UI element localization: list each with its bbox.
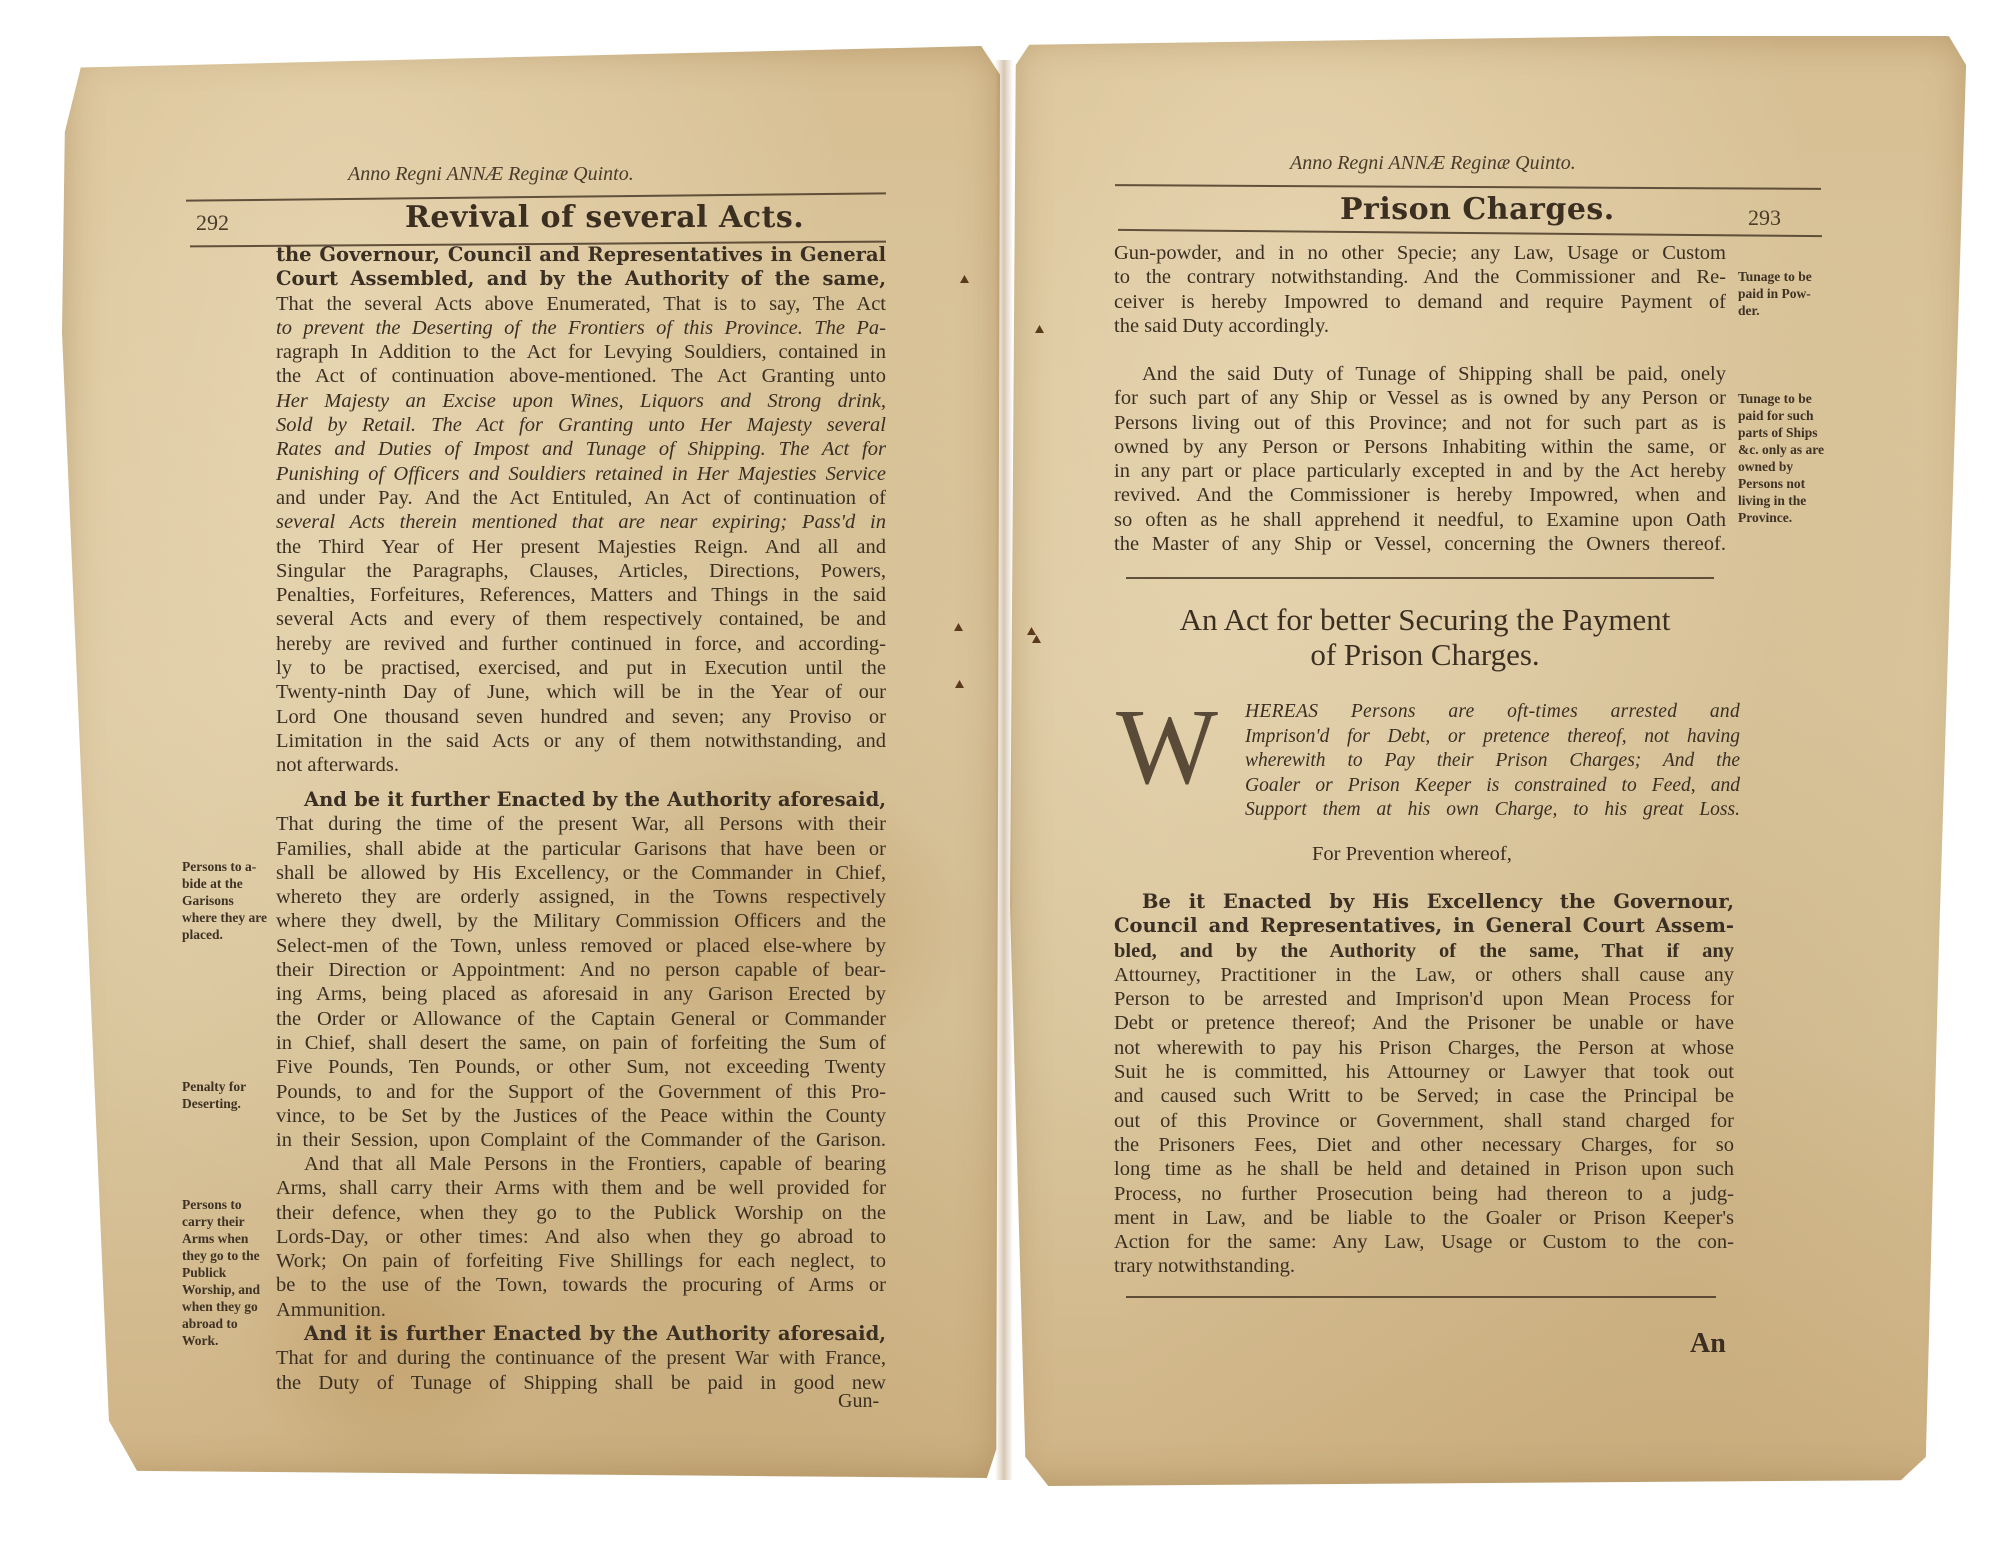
preamble: HEREAS Persons are oft-times arrested an… bbox=[1245, 700, 1740, 823]
text-line: shall be allowed by His Excellency, or t… bbox=[276, 861, 886, 885]
text-line: the Order or Allowance of the Captain Ge… bbox=[276, 1007, 886, 1031]
text-line: the Master of any Ship or Vessel, concer… bbox=[1114, 532, 1726, 556]
text-line: And that all Male Persons in the Frontie… bbox=[276, 1152, 886, 1176]
catchword-left: Gun- bbox=[838, 1390, 879, 1413]
text-line: ly to be practised, exercised, and put i… bbox=[276, 656, 886, 680]
text-line: Lords-Day, or other times: And also when… bbox=[276, 1225, 886, 1249]
prevention-line: For Prevention whereof, bbox=[1312, 842, 1512, 866]
text-line: where they dwell, by the Military Commis… bbox=[276, 909, 886, 933]
text-line: Support them at his own Charge, to his g… bbox=[1245, 798, 1740, 823]
enacting-section: Be it Enacted by His Excellency the Gove… bbox=[1114, 890, 1734, 1279]
text-line: not afterwards. bbox=[276, 753, 886, 777]
section-divider bbox=[1126, 577, 1714, 579]
right-para-2: And the said Duty of Tunage of Shipping … bbox=[1114, 362, 1726, 556]
drop-cap: W bbox=[1116, 698, 1218, 798]
text-line: Action for the same: Any Law, Usage or C… bbox=[1114, 1230, 1734, 1254]
text-line: Her Majesty an Excise upon Wines, Liquor… bbox=[276, 389, 886, 413]
text-line: ment in Law, and be liable to the Goaler… bbox=[1114, 1206, 1734, 1230]
text-line: whereto they are orderly assigned, in th… bbox=[276, 885, 886, 909]
text-line: owned by any Person or Persons Inhabitin… bbox=[1114, 435, 1726, 459]
page-number-right: 293 bbox=[1748, 205, 1781, 231]
text-line: and caused such Writt to be Served; in c… bbox=[1114, 1084, 1734, 1108]
left-section-4: And it is further Enacted by the Authori… bbox=[276, 1322, 886, 1395]
text-line: Persons living out of this Province; and… bbox=[1114, 411, 1726, 435]
text-line: the Act of continuation above-mentioned.… bbox=[276, 364, 886, 388]
text-line: Debt or pretence thereof; And the Prison… bbox=[1114, 1011, 1734, 1035]
text-line: Goaler or Prison Keeper is constrained t… bbox=[1245, 774, 1740, 799]
text-line: Suit he is committed, his Attourney or L… bbox=[1114, 1060, 1734, 1084]
text-line: Lord One thousand seven hundred and seve… bbox=[276, 705, 886, 729]
text-line: so often as he shall apprehend it needfu… bbox=[1114, 508, 1726, 532]
text-line: Gun-powder, and in no other Specie; any … bbox=[1114, 241, 1726, 265]
text-line: trary notwithstanding. bbox=[1114, 1254, 1734, 1278]
text-line: long time as he shall be held and detain… bbox=[1114, 1157, 1734, 1181]
text-line: Penalties, Forfeitures, References, Matt… bbox=[276, 583, 886, 607]
text-line: hereby are revived and further continued… bbox=[276, 632, 886, 656]
catchword-right: An bbox=[1690, 1328, 1726, 1360]
text-line: the Governour, Council and Representativ… bbox=[276, 243, 886, 267]
text-line: in their Session, upon Complaint of the … bbox=[276, 1128, 886, 1152]
margin-note: Persons to carry their Arms when they go… bbox=[182, 1196, 276, 1349]
act-title-line-2: of Prison Charges. bbox=[1110, 637, 1740, 672]
text-line: several Acts therein mentioned that are … bbox=[276, 510, 886, 534]
section-divider bbox=[1126, 1296, 1716, 1298]
text-line: wherewith to Pay their Prison Charges; A… bbox=[1245, 749, 1740, 774]
margin-note: Tunage to be paid in Pow- der. bbox=[1738, 268, 1828, 319]
text-line: Families, shall abide at the particular … bbox=[276, 837, 886, 861]
enacting-clause: Council and Representatives, in General … bbox=[1114, 914, 1734, 938]
text-line: not wherewith to pay his Prison Charges,… bbox=[1114, 1036, 1734, 1060]
margin-note: Persons to a- bide at the Garisons where… bbox=[182, 858, 272, 943]
text-line: revived. And the Commissioner is hereby … bbox=[1114, 483, 1726, 507]
margin-note: Penalty for Deserting. bbox=[182, 1078, 272, 1112]
text-line: Attourney, Practitioner in the Law, or o… bbox=[1114, 963, 1734, 987]
act-title: An Act for better Securing the Payment o… bbox=[1110, 602, 1740, 672]
text-line: the Duty of Tunage of Shipping shall be … bbox=[276, 1371, 886, 1395]
text-line: That during the time of the present War,… bbox=[276, 812, 886, 836]
text-line: Select-men of the Town, unless removed o… bbox=[276, 934, 886, 958]
page-number-left: 292 bbox=[196, 210, 229, 236]
text-line: several Acts and every of them respectiv… bbox=[276, 607, 886, 631]
text-line: the said Duty accordingly. bbox=[1114, 314, 1726, 338]
left-section-1: the Governour, Council and Representativ… bbox=[276, 243, 886, 778]
enacting-clause: Be it Enacted by His Excellency the Gove… bbox=[1114, 890, 1734, 914]
left-section-3: And that all Male Persons in the Frontie… bbox=[276, 1152, 886, 1322]
text-line: Punishing of Officers and Souldiers reta… bbox=[276, 462, 886, 486]
running-head-right: Anno Regni ANNÆ Reginæ Quinto. bbox=[1290, 152, 1576, 175]
text-line: for such part of any Ship or Vessel as i… bbox=[1114, 386, 1726, 410]
text-line: ragraph In Addition to the Act for Levyi… bbox=[276, 340, 886, 364]
text-line: Process, no further Prosecution being ha… bbox=[1114, 1182, 1734, 1206]
text-line: ing Arms, being placed as aforesaid in a… bbox=[276, 982, 886, 1006]
text-line: bled, and by the Authority of the same, … bbox=[1114, 939, 1734, 963]
left-section-2: And be it further Enacted by the Authori… bbox=[276, 788, 886, 1152]
text-line: in any part or place particularly except… bbox=[1114, 459, 1726, 483]
text-line: Person to be arrested and Imprison'd upo… bbox=[1114, 987, 1734, 1011]
text-line: Imprison'd for Debt, or pretence thereof… bbox=[1245, 725, 1740, 750]
text-line: And the said Duty of Tunage of Shipping … bbox=[1114, 362, 1726, 386]
text-line: Rates and Duties of Impost and Tunage of… bbox=[276, 437, 886, 461]
text-line: Arms, shall carry their Arms with them a… bbox=[276, 1176, 886, 1200]
text-line: vince, to be Set by the Justices of the … bbox=[276, 1104, 886, 1128]
text-line: their defence, when they go to the Publi… bbox=[276, 1201, 886, 1225]
text-line: Singular the Paragraphs, Clauses, Articl… bbox=[276, 559, 886, 583]
text-line: Twenty-ninth Day of June, which will be … bbox=[276, 680, 886, 704]
text-line: Court Assembled, and by the Authority of… bbox=[276, 267, 886, 291]
book-gutter bbox=[995, 60, 1013, 1480]
page-title-left: Revival of several Acts. bbox=[405, 200, 804, 235]
text-line: in Chief, shall desert the same, on pain… bbox=[276, 1031, 886, 1055]
text-line: Ammunition. bbox=[276, 1298, 886, 1322]
enacting-clause: And be it further Enacted by the Authori… bbox=[276, 788, 886, 812]
right-para-1: Gun-powder, and in no other Specie; any … bbox=[1114, 241, 1726, 338]
text-line: the Third Year of Her present Majesties … bbox=[276, 535, 886, 559]
text-line: and under Pay. And the Act Entituled, An… bbox=[276, 486, 886, 510]
text-line: their Direction or Appointment: And no p… bbox=[276, 958, 886, 982]
text-line: be to the use of the Town, towards the p… bbox=[276, 1273, 886, 1297]
text-line: to prevent the Deserting of the Frontier… bbox=[276, 316, 886, 340]
margin-note: Tunage to be paid for such parts of Ship… bbox=[1738, 390, 1828, 526]
act-title-line-1: An Act for better Securing the Payment bbox=[1110, 602, 1740, 637]
enacting-clause: And it is further Enacted by the Authori… bbox=[276, 1322, 886, 1346]
text-line: Five Pounds, Ten Pounds, or other Sum, n… bbox=[276, 1055, 886, 1079]
page-title-right: Prison Charges. bbox=[1340, 192, 1615, 227]
text-line: Sold by Retail. The Act for Granting unt… bbox=[276, 413, 886, 437]
text-line: Limitation in the said Acts or any of th… bbox=[276, 729, 886, 753]
text-line: out of this Province or Government, shal… bbox=[1114, 1109, 1734, 1133]
text-line: That the several Acts above Enumerated, … bbox=[276, 292, 886, 316]
text-line: ceiver is hereby Impowred to demand and … bbox=[1114, 290, 1726, 314]
text-line: HEREAS Persons are oft-times arrested an… bbox=[1245, 700, 1740, 725]
text-line: Pounds, to and for the Support of the Go… bbox=[276, 1080, 886, 1104]
text-line: That for and during the continuance of t… bbox=[276, 1346, 886, 1370]
text-line: the Prisoners Fees, Diet and other neces… bbox=[1114, 1133, 1734, 1157]
running-head-left: Anno Regni ANNÆ Reginæ Quinto. bbox=[348, 163, 634, 186]
text-line: Work; On pain of forfeiting Five Shillin… bbox=[276, 1249, 886, 1273]
text-line: to the contrary notwithstanding. And the… bbox=[1114, 265, 1726, 289]
